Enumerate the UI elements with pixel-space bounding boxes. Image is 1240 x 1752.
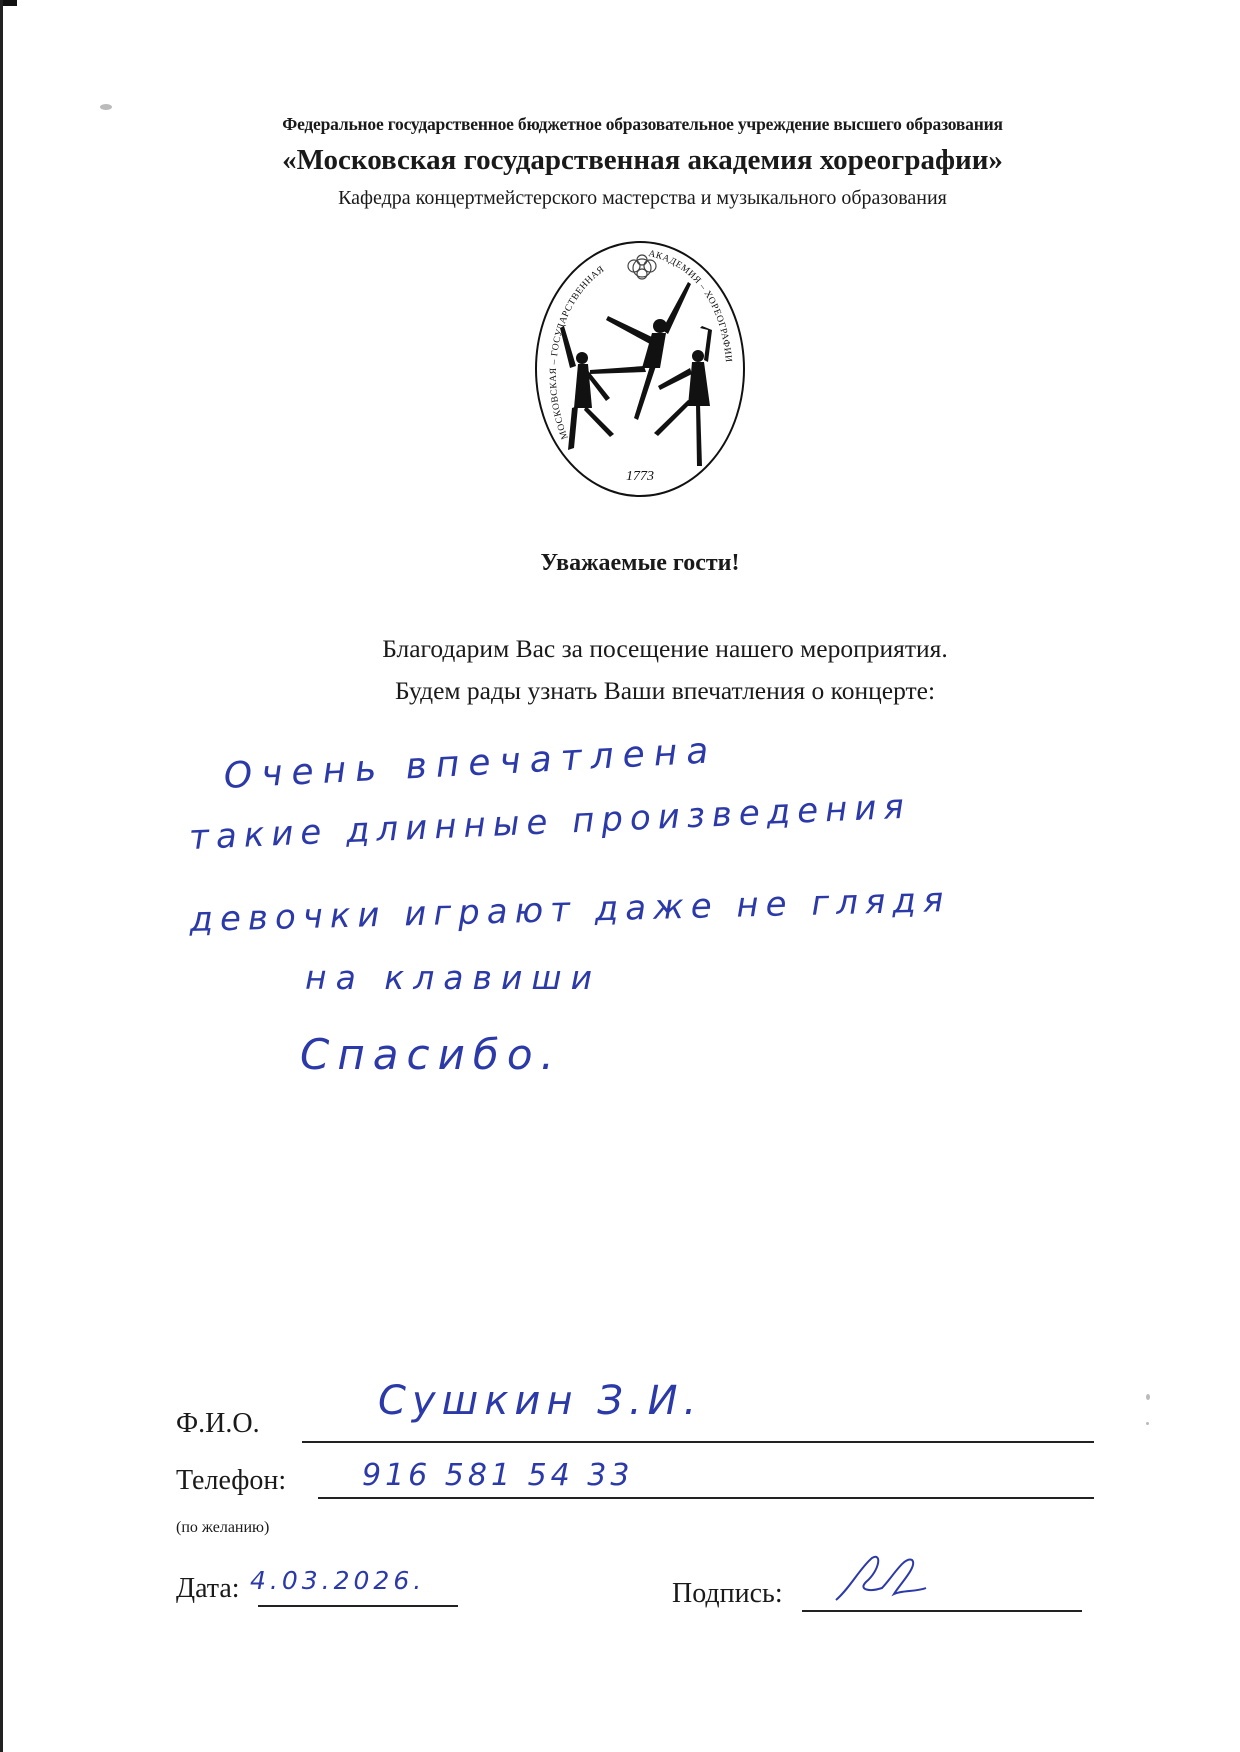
intro-line: Будем рады узнать Ваши впечатления о кон… bbox=[90, 670, 1240, 712]
feedback-handwriting-line: Спасибо. bbox=[300, 1030, 562, 1079]
name-label: Ф.И.О. bbox=[176, 1408, 260, 1440]
feedback-handwriting-line: такие длинные произведения bbox=[188, 787, 911, 858]
academy-logo: МОСКОВСКАЯ – ГОСУДАРСТВЕННАЯ АКАДЕМИЯ – … bbox=[530, 238, 750, 500]
feedback-handwriting-line: девочки играют даже не глядя bbox=[189, 880, 951, 940]
signature-field[interactable] bbox=[830, 1548, 930, 1608]
feedback-handwriting-line: Очень впечатлена bbox=[223, 730, 718, 797]
scan-speck bbox=[1146, 1394, 1150, 1400]
scan-speck bbox=[100, 104, 112, 110]
greeting-heading: Уважаемые гости! bbox=[0, 550, 1240, 577]
department-name: Кафедра концертмейстерского мастерства и… bbox=[0, 187, 1240, 210]
phone-optional-note: (по желанию) bbox=[176, 1519, 269, 1537]
svg-text:1773: 1773 bbox=[626, 469, 654, 484]
intro-line: Благодарим Вас за посещение нашего мероп… bbox=[90, 628, 1240, 670]
signature-underline bbox=[802, 1610, 1082, 1612]
phone-underline bbox=[318, 1497, 1094, 1499]
name-underline bbox=[302, 1441, 1094, 1443]
date-underline bbox=[258, 1605, 458, 1607]
signature-scribble-icon bbox=[830, 1548, 930, 1608]
institution-type: Федеральное государственное бюджетное об… bbox=[0, 114, 1240, 135]
institution-name: «Московская государственная академия хор… bbox=[0, 144, 1240, 177]
phone-label: Телефон: bbox=[176, 1465, 286, 1497]
dancers-emblem-icon: МОСКОВСКАЯ – ГОСУДАРСТВЕННАЯ АКАДЕМИЯ – … bbox=[530, 238, 750, 500]
scan-speck bbox=[1146, 1422, 1149, 1425]
intro-text: Благодарим Вас за посещение нашего мероп… bbox=[0, 628, 1240, 712]
date-field[interactable]: 4.03.2026. bbox=[250, 1566, 425, 1595]
date-label: Дата: bbox=[176, 1573, 240, 1605]
signature-label: Подпись: bbox=[672, 1578, 783, 1610]
name-field[interactable]: Сушкин З.И. bbox=[378, 1378, 702, 1424]
phone-field[interactable]: 916 581 54 33 bbox=[362, 1458, 633, 1493]
feedback-handwriting-line: на клавиши bbox=[305, 958, 601, 997]
scan-edge-line bbox=[0, 0, 3, 1752]
